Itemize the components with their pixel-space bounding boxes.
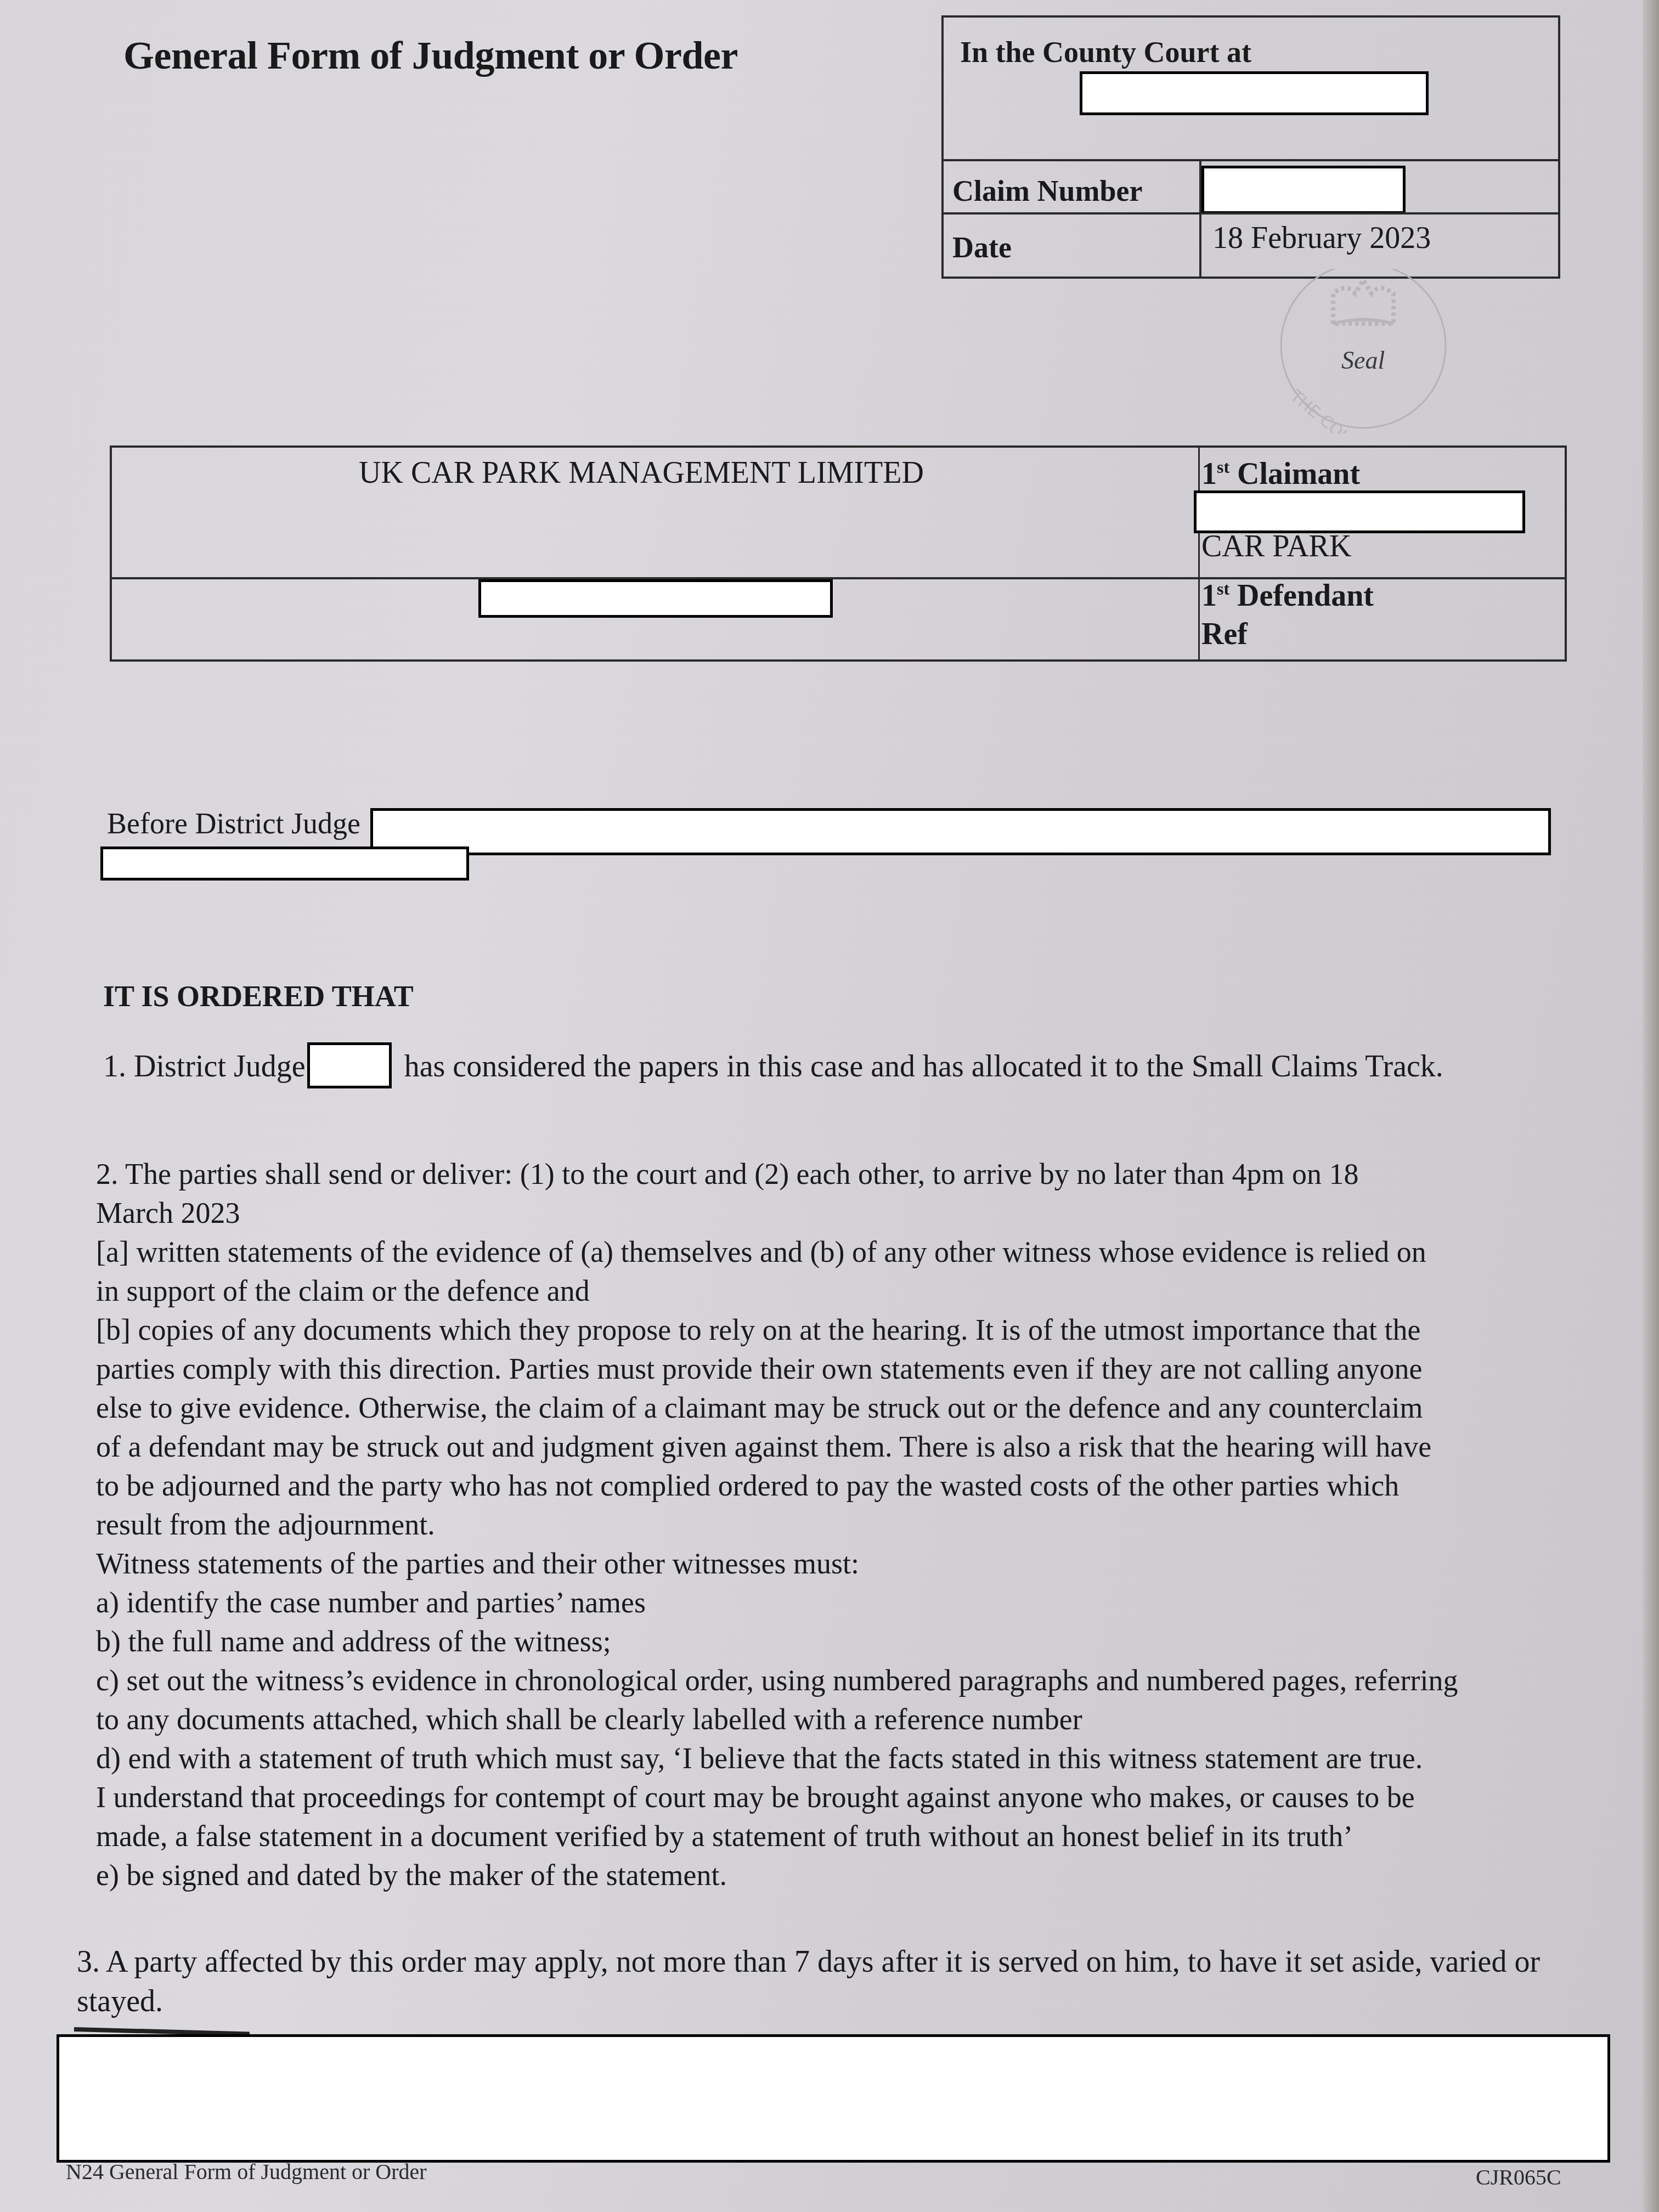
redacted-judge-name-inline [307, 1042, 392, 1088]
order-paragraph-2: 2. The parties shall send or deliver: (1… [96, 1155, 1555, 1895]
order-paragraph-2-line: else to give evidence. Otherwise, the cl… [96, 1389, 1555, 1427]
defendant-role-label: 1st Defendant [1201, 578, 1374, 613]
redacted-claim-number [1201, 166, 1406, 214]
order-paragraph-2-line: c) set out the witness’s evidence in chr… [96, 1661, 1555, 1700]
claim-number-label: Claim Number [952, 174, 1142, 208]
order-paragraph-2-line: b) the full name and address of the witn… [96, 1622, 1555, 1661]
date-value: 18 February 2023 [1212, 221, 1431, 256]
form-name: N24 General Form of Judgment or Order [66, 2159, 427, 2185]
date-label: Date [952, 230, 1012, 264]
divider [944, 159, 1558, 161]
before-judge-label: Before District Judge [107, 806, 360, 840]
redacted-judge-name [370, 808, 1551, 855]
page-title: General Form of Judgment or Order [123, 33, 738, 78]
svg-text:THE COUNTY COURT: THE COUNTY COURT [1286, 386, 1429, 433]
divider [944, 212, 1558, 215]
court-seal: THE COUNTY COURT Seal [1256, 269, 1470, 433]
court-heading: In the County Court at [960, 35, 1251, 69]
order-paragraph-2-line: result from the adjournment. [96, 1505, 1555, 1544]
claimant-ref-suffix: CAR PARK [1201, 529, 1351, 564]
order-paragraph-2-line: d) end with a statement of truth which m… [96, 1739, 1555, 1778]
order-paragraph-2-line: e) be signed and dated by the maker of t… [96, 1856, 1555, 1895]
order-paragraph-2-line: parties comply with this direction. Part… [96, 1350, 1555, 1389]
parties-table: UK CAR PARK MANAGEMENT LIMITED 1st Claim… [110, 445, 1567, 662]
order-paragraph-2-line: March 2023 [96, 1194, 1555, 1233]
order-paragraph-2-line: to be adjourned and the party who has no… [96, 1466, 1555, 1505]
seal-label: Seal [1341, 346, 1385, 375]
order-paragraph-2-line: a) identify the case number and parties’… [96, 1583, 1555, 1622]
order-paragraph-2-line: [b] copies of any documents which they p… [96, 1311, 1555, 1350]
redacted-claimant-ref [1194, 490, 1525, 533]
divider [1198, 448, 1200, 659]
order-paragraph-2-line: of a defendant may be struck out and jud… [96, 1427, 1555, 1466]
order-paragraph-3: 3. A party affected by this order may ap… [77, 1942, 1569, 2021]
claimant-name: UK CAR PARK MANAGEMENT LIMITED [359, 455, 924, 490]
redacted-judge-name-cont [100, 847, 469, 881]
order-paragraph-2-line: [a] written statements of the evidence o… [96, 1233, 1555, 1272]
redacted-footer-block [57, 2034, 1610, 2163]
claimant-role-label: 1st Claimant [1201, 456, 1360, 492]
defendant-ref-label: Ref [1201, 617, 1248, 652]
order-paragraph-2-line: made, a false statement in a document ve… [96, 1817, 1555, 1856]
order-paragraph-2-line: Witness statements of the parties and th… [96, 1544, 1555, 1583]
order-heading: IT IS ORDERED THAT [103, 979, 414, 1013]
redacted-defendant-name [478, 579, 833, 618]
order-paragraph-2-line: in support of the claim or the defence a… [96, 1272, 1555, 1311]
redacted-court-name [1080, 71, 1429, 115]
order-paragraph-2-line: 2. The parties shall send or deliver: (1… [96, 1155, 1555, 1194]
page-edge-shadow [1643, 0, 1659, 2212]
order-paragraph-1: 1. District Judgehas considered the pape… [103, 1049, 1443, 1084]
order-paragraph-2-line: I understand that proceedings for contem… [96, 1778, 1555, 1817]
order-paragraph-2-line: to any documents attached, which shall b… [96, 1700, 1555, 1739]
court-info-table: In the County Court at Claim Number Date… [941, 15, 1560, 279]
form-code: CJR065C [1476, 2164, 1561, 2190]
